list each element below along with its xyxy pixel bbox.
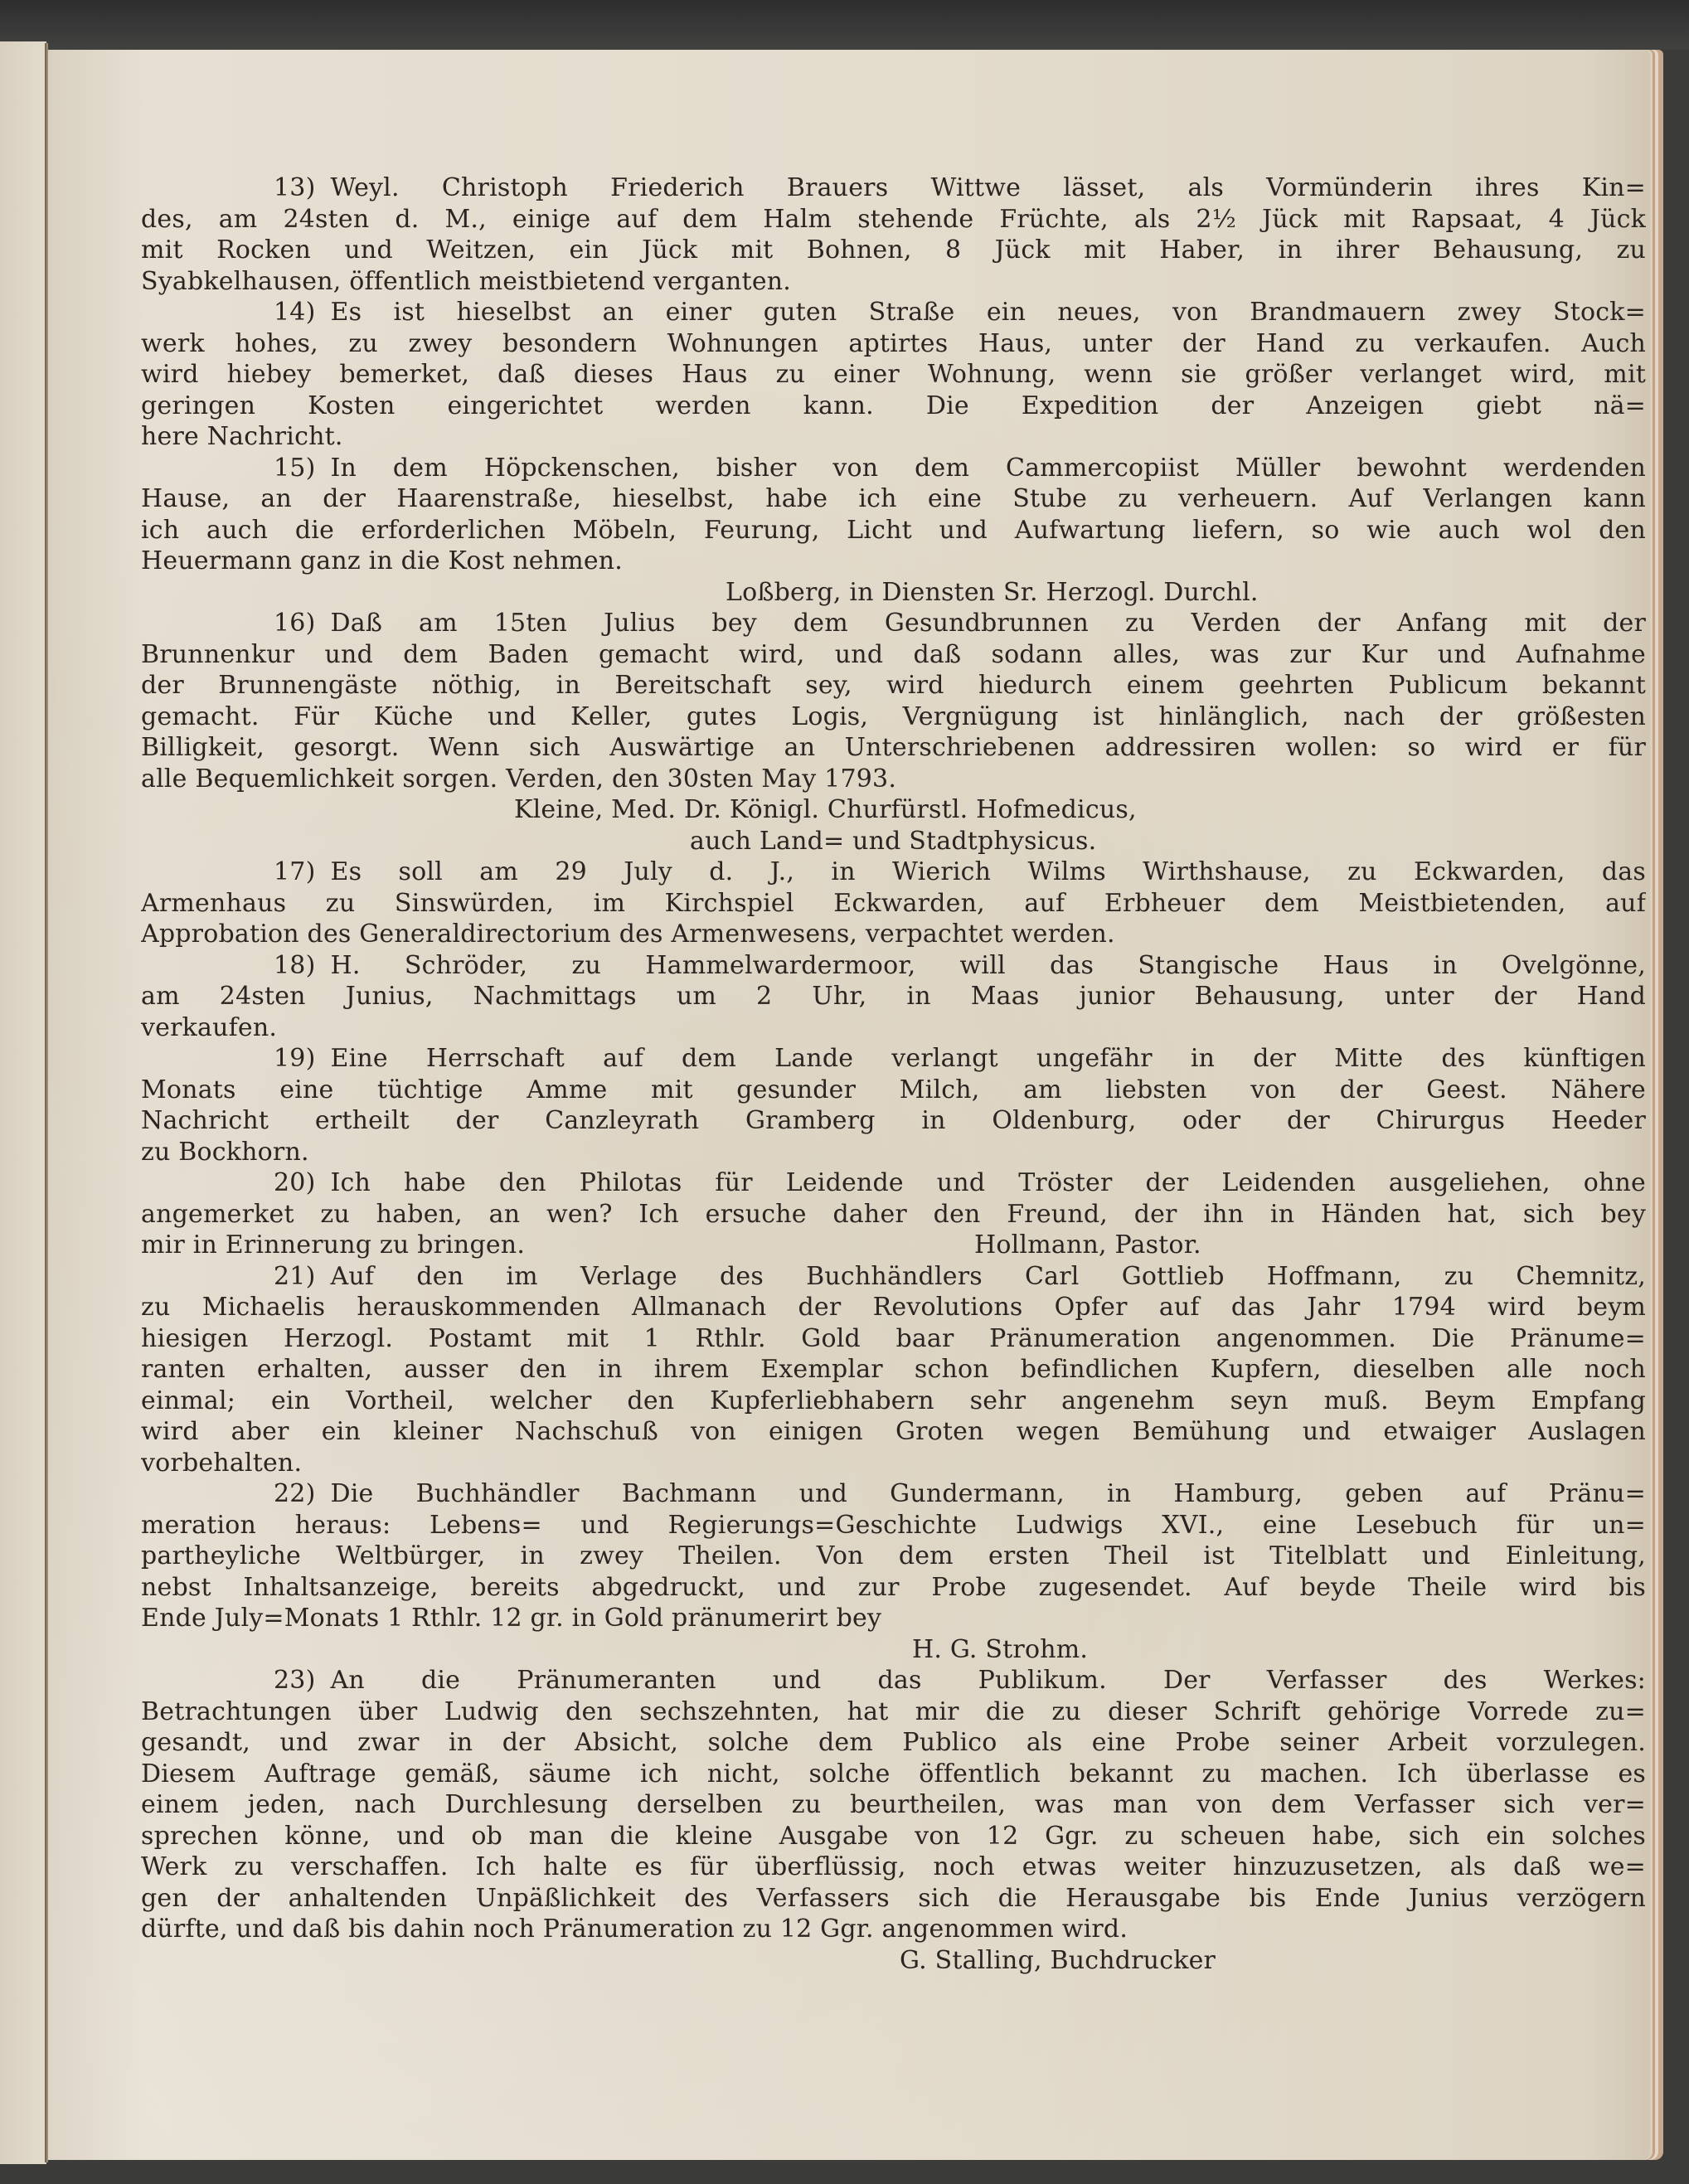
text-line: 14)Es ist hieselbst an einer guten Straß… [141, 297, 1646, 328]
line-text: Werk zu verschaffen. Ich halte es für üb… [141, 1852, 1646, 1881]
text-line: Hause, an der Haarenstraße, hieselbst, h… [141, 483, 1646, 515]
text-line: hiesigen Herzogl. Postamt mit 1 Rthlr. G… [141, 1323, 1646, 1355]
line-text: Ich habe den Philotas für Leidende und T… [330, 1168, 1646, 1197]
line-text: Armenhaus zu Sinswürden, im Kirchspiel E… [141, 889, 1646, 918]
text-line: 15)In dem Höpckenschen, bisher von dem C… [141, 453, 1646, 484]
line-text: einem jeden, nach Durchlesung derselben … [141, 1790, 1646, 1819]
text-line: einem jeden, nach Durchlesung derselben … [141, 1789, 1646, 1821]
text-line: here Nachricht. [141, 421, 1646, 453]
line-text: geringen Kosten eingerichtet werden kann… [141, 391, 1646, 420]
line-text: des, am 24sten d. M., einige auf dem Hal… [141, 205, 1646, 234]
notice-entry-21: 21)Auf den im Verlage des Buchhändlers C… [141, 1261, 1646, 1479]
line-text: am 24sten Junius, Nachmittags um 2 Uhr, … [141, 982, 1646, 1011]
line-text: gemacht. Für Küche und Keller, gutes Log… [141, 702, 1646, 731]
text-line: mir in Erinnerung zu bringen.Hollmann, P… [141, 1230, 1646, 1261]
line-text: partheyliche Weltbürger, in zwey Theilen… [141, 1541, 1646, 1570]
line-text: here Nachricht. [141, 422, 343, 451]
line-text: An die Pränumeranten und das Publikum. D… [330, 1666, 1646, 1695]
signature: auch Land= und Stadtphysicus. [141, 826, 1646, 857]
line-text: der Brunnengäste nöthig, in Bereitschaft… [141, 671, 1646, 700]
entry-number: 18) [274, 950, 315, 982]
line-text: Auf den im Verlage des Buchhändlers Carl… [330, 1262, 1646, 1291]
text-line: Armenhaus zu Sinswürden, im Kirchspiel E… [141, 888, 1646, 920]
text-line: Heuermann ganz in die Kost nehmen. [141, 546, 1646, 577]
entry-number: 15) [274, 453, 315, 484]
line-text: gen der anhaltenden Unpäßlichkeit des Ve… [141, 1884, 1646, 1913]
text-line: 22)Die Buchhändler Bachmann und Gunderma… [141, 1478, 1646, 1510]
notice-entry-13: 13)Weyl. Christoph Friederich Brauers Wi… [141, 172, 1646, 297]
notice-entry-17: 17)Es soll am 29 July d. J., in Wierich … [141, 857, 1646, 950]
line-text: Es soll am 29 July d. J., in Wierich Wil… [330, 857, 1646, 886]
text-line: meration heraus: Lebens= und Regierungs=… [141, 1510, 1646, 1541]
text-line: sprechen könne, und ob man die kleine Au… [141, 1821, 1646, 1852]
line-text: einmal; ein Vortheil, welcher den Kupfer… [141, 1386, 1646, 1415]
line-text: Nachricht ertheilt der Canzleyrath Gramb… [141, 1106, 1646, 1135]
text-line: Nachricht ertheilt der Canzleyrath Gramb… [141, 1105, 1646, 1137]
entry-number: 23) [274, 1665, 315, 1696]
line-text: angemerket zu haben, an wen? Ich ersuche… [141, 1200, 1646, 1229]
text-line: mit Rocken und Weitzen, ein Jück mit Boh… [141, 235, 1646, 266]
notice-entry-16: 16)Daß am 15ten Julius bey dem Gesundbru… [141, 608, 1646, 857]
text-line: Syabkelhausen, öffentlich meistbietend v… [141, 266, 1646, 298]
line-text: In dem Höpckenschen, bisher von dem Camm… [330, 454, 1646, 483]
text-line: vorbehalten. [141, 1448, 1646, 1479]
text-line: ich auch die erforderlichen Möbeln, Feur… [141, 515, 1646, 546]
signature: H. G. Strohm. [141, 1634, 1646, 1666]
line-text: Weyl. Christoph Friederich Brauers Wittw… [330, 173, 1646, 202]
text-line: einmal; ein Vortheil, welcher den Kupfer… [141, 1386, 1646, 1417]
notice-entry-22: 22)Die Buchhändler Bachmann und Gunderma… [141, 1478, 1646, 1665]
signature: Kleine, Med. Dr. Königl. Churfürstl. Hof… [141, 794, 1646, 826]
line-text: verkaufen. [141, 1013, 277, 1042]
text-line: zu Michaelis herauskommenden Allmanach d… [141, 1292, 1646, 1323]
entry-number: 19) [274, 1043, 315, 1075]
notice-entry-18: 18)H. Schröder, zu Hammelwardermoor, wil… [141, 950, 1646, 1044]
text-line: Ende July=Monats 1 Rthlr. 12 gr. in Gold… [141, 1603, 1646, 1634]
line-text: ich auch die erforderlichen Möbeln, Feur… [141, 516, 1646, 545]
text-line: Brunnenkur und dem Baden gemacht wird, u… [141, 639, 1646, 671]
text-line: dürfte, und daß bis dahin noch Pränumera… [141, 1914, 1646, 1945]
entry-number: 21) [274, 1261, 315, 1293]
line-text: vorbehalten. [141, 1449, 302, 1478]
line-text: Syabkelhausen, öffentlich meistbietend v… [141, 267, 791, 296]
signature: Hollmann, Pastor. [974, 1230, 1201, 1261]
entry-number: 13) [274, 172, 315, 204]
notice-entry-23: 23)An die Pränumeranten und das Publikum… [141, 1665, 1646, 1976]
text-line: gesandt, und zwar in der Absicht, solche… [141, 1727, 1646, 1759]
facing-page-edge [0, 41, 46, 2164]
text-line: werk hohes, zu zwey besondern Wohnungen … [141, 328, 1646, 360]
text-line: des, am 24sten d. M., einige auf dem Hal… [141, 204, 1646, 235]
text-line: 16)Daß am 15ten Julius bey dem Gesundbru… [141, 608, 1646, 639]
text-line: wird hiebey bemerket, daß dieses Haus zu… [141, 359, 1646, 391]
line-text: Monats eine tüchtige Amme mit gesunder M… [141, 1075, 1646, 1104]
line-text: ranten erhalten, ausser den in ihrem Exe… [141, 1355, 1646, 1384]
notice-entry-19: 19)Eine Herrschaft auf dem Lande verlang… [141, 1043, 1646, 1167]
text-line: 13)Weyl. Christoph Friederich Brauers Wi… [141, 172, 1646, 204]
line-text: Hause, an der Haarenstraße, hieselbst, h… [141, 484, 1646, 513]
line-text: Brunnenkur und dem Baden gemacht wird, u… [141, 640, 1646, 669]
text-line: ranten erhalten, ausser den in ihrem Exe… [141, 1354, 1646, 1386]
text-line: zu Bockhorn. [141, 1137, 1646, 1168]
line-text: hiesigen Herzogl. Postamt mit 1 Rthlr. G… [141, 1324, 1646, 1353]
notice-entry-20: 20)Ich habe den Philotas für Leidende un… [141, 1167, 1646, 1261]
document-page: 13)Weyl. Christoph Friederich Brauers Wi… [48, 50, 1663, 2160]
line-text: dürfte, und daß bis dahin noch Pränumera… [141, 1915, 1128, 1944]
text-line: Monats eine tüchtige Amme mit gesunder M… [141, 1075, 1646, 1106]
text-line: 20)Ich habe den Philotas für Leidende un… [141, 1167, 1646, 1199]
line-text: nebst Inhaltsanzeige, bereits abgedruckt… [141, 1573, 1646, 1602]
line-text: werk hohes, zu zwey besondern Wohnungen … [141, 329, 1646, 358]
text-line: angemerket zu haben, an wen? Ich ersuche… [141, 1199, 1646, 1230]
line-text: mir in Erinnerung zu bringen. [141, 1230, 525, 1259]
text-line: wird aber ein kleiner Nachschuß von eini… [141, 1416, 1646, 1448]
line-text: gesandt, und zwar in der Absicht, solche… [141, 1728, 1646, 1757]
line-text: zu Bockhorn. [141, 1138, 309, 1167]
line-text: alle Bequemlichkeit sorgen. Verden, den … [141, 764, 896, 794]
line-text: Eine Herrschaft auf dem Lande verlangt u… [330, 1044, 1646, 1073]
text-line: 23)An die Pränumeranten und das Publikum… [141, 1665, 1646, 1696]
text-line: der Brunnengäste nöthig, in Bereitschaft… [141, 670, 1646, 701]
line-text: meration heraus: Lebens= und Regierungs=… [141, 1511, 1646, 1540]
entry-number: 16) [274, 608, 315, 639]
line-text: Diesem Auftrage gemäß, säume ich nicht, … [141, 1759, 1646, 1788]
text-line: alle Bequemlichkeit sorgen. Verden, den … [141, 764, 1646, 795]
text-line: 21)Auf den im Verlage des Buchhändlers C… [141, 1261, 1646, 1293]
text-line: am 24sten Junius, Nachmittags um 2 Uhr, … [141, 981, 1646, 1012]
line-text: Approbation des Generaldirectorium des A… [141, 920, 1115, 949]
signature: Loßberg, in Diensten Sr. Herzogl. Durchl… [141, 577, 1646, 609]
text-line: partheyliche Weltbürger, in zwey Theilen… [141, 1541, 1646, 1572]
line-text: Es ist hieselbst an einer guten Straße e… [330, 298, 1646, 327]
text-line: 17)Es soll am 29 July d. J., in Wierich … [141, 857, 1646, 888]
line-text: wird hiebey bemerket, daß dieses Haus zu… [141, 360, 1646, 389]
text-line: geringen Kosten eingerichtet werden kann… [141, 391, 1646, 422]
page-text: 13)Weyl. Christoph Friederich Brauers Wi… [141, 172, 1646, 1976]
text-line: nebst Inhaltsanzeige, bereits abgedruckt… [141, 1572, 1646, 1604]
text-line: 18)H. Schröder, zu Hammelwardermoor, wil… [141, 950, 1646, 982]
text-line: gemacht. Für Küche und Keller, gutes Log… [141, 701, 1646, 733]
entry-number: 22) [274, 1478, 315, 1510]
text-line: Betrachtungen über Ludwig den sechszehnt… [141, 1696, 1646, 1728]
line-text: Ende July=Monats 1 Rthlr. 12 gr. in Gold… [141, 1604, 881, 1633]
line-text: Heuermann ganz in die Kost nehmen. [141, 546, 623, 575]
line-text: H. Schröder, zu Hammelwardermoor, will d… [330, 951, 1646, 980]
line-text: Daß am 15ten Julius bey dem Gesundbrunne… [330, 609, 1646, 638]
text-line: Billigkeit, gesorgt. Wenn sich Auswärtig… [141, 732, 1646, 764]
signature: G. Stalling, Buchdrucker [141, 1945, 1646, 1977]
entry-number: 17) [274, 857, 315, 888]
text-line: Werk zu verschaffen. Ich halte es für üb… [141, 1852, 1646, 1883]
line-text: wird aber ein kleiner Nachschuß von eini… [141, 1417, 1646, 1446]
notice-entry-14: 14)Es ist hieselbst an einer guten Straß… [141, 297, 1646, 453]
scanner-background [0, 0, 1689, 50]
line-text: mit Rocken und Weitzen, ein Jück mit Boh… [141, 235, 1646, 265]
notice-entry-15: 15)In dem Höpckenschen, bisher von dem C… [141, 453, 1646, 609]
line-text: Betrachtungen über Ludwig den sechszehnt… [141, 1697, 1646, 1726]
line-text: zu Michaelis herauskommenden Allmanach d… [141, 1293, 1646, 1322]
text-line: gen der anhaltenden Unpäßlichkeit des Ve… [141, 1883, 1646, 1915]
text-line: 19)Eine Herrschaft auf dem Lande verlang… [141, 1043, 1646, 1075]
line-text: Die Buchhändler Bachmann und Gundermann,… [330, 1479, 1646, 1508]
text-line: Approbation des Generaldirectorium des A… [141, 919, 1646, 950]
line-text: sprechen könne, und ob man die kleine Au… [141, 1822, 1646, 1851]
text-line: Diesem Auftrage gemäß, säume ich nicht, … [141, 1759, 1646, 1790]
entry-number: 20) [274, 1167, 315, 1199]
line-text: Billigkeit, gesorgt. Wenn sich Auswärtig… [141, 733, 1646, 762]
text-line: verkaufen. [141, 1012, 1646, 1044]
entry-number: 14) [274, 297, 315, 328]
